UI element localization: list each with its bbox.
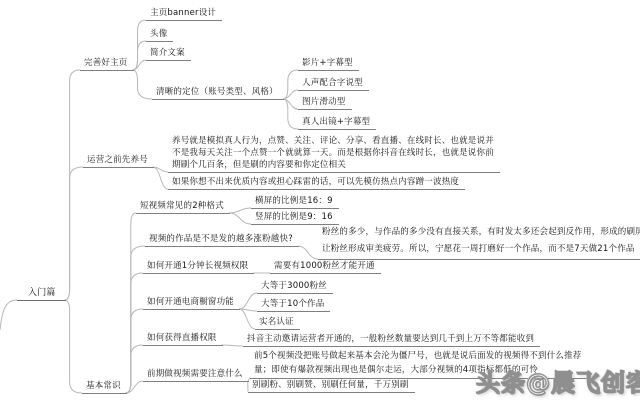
edge-root-b1 (65, 70, 80, 300)
edge-b1-bio (133, 60, 146, 70)
node-fmt1: 横屏的比例是16：9 (251, 195, 339, 209)
node-b1-label: 入门篇 (17, 287, 66, 301)
node-fmt2: 竖屏的比例是9：16 (251, 211, 339, 225)
node-type3: 图片滑动型 (298, 96, 352, 110)
node-more-posts: 视频的作品是不是发的越多涨粉越快? (145, 233, 299, 247)
edge-formats-fmt1 (229, 208, 251, 213)
node-avatar: 头像 (146, 28, 173, 42)
node-b1: 完善好主页 (80, 57, 134, 71)
node-long-video: 如何开通1分钟长视频权限 (143, 260, 254, 274)
node-shop: 如何开通电商橱窗功能 (143, 296, 240, 310)
node-type4: 真人出镜+字幕型 (298, 116, 376, 130)
node-notes: 前期做视频需要注意什么 (143, 368, 249, 382)
edge-b2-imitate (153, 167, 168, 189)
edge-b3-shop (126, 309, 143, 393)
nurture-line-3: 期刷个几百条，但是刷的内容要和你定位相关 (172, 159, 494, 171)
node-b2: 运营之前先养号 (83, 154, 154, 168)
nurture-line-1: 养号就是模拟真人行为，点赞、关注、评论、分享、看直播、在线时长、也就是说并 (172, 135, 494, 147)
node-b3: 基本常识 (82, 380, 127, 394)
node-nurture: 养号就是模拟真人行为，点赞、关注、评论、分享、看直播、在线时长、也就是说并 不是… (168, 135, 500, 173)
nurture-line-2: 不是我每天关注一个点赞一个就就算一天。而是根据你抖音在线时长，也就是说你前 (172, 147, 494, 159)
node-nofake: 别刷粉、别刷赞、别刷任何量，千万别刷 (248, 379, 415, 393)
node-imitate: 如果你想不出来优质内容或担心踩雷的话，可以先模仿热点内容蹭一波热度 (168, 176, 465, 190)
edge-b3-live (126, 345, 143, 393)
node-live: 如何获得直播权限 (143, 332, 223, 346)
edge-b3-longvideo (126, 273, 143, 393)
watermark-text: 头条@晨飞创客笔记 (476, 363, 640, 398)
edge-b1-positioning (133, 70, 152, 99)
edge-moreposts-text (298, 246, 318, 259)
node-bio: 简介文案 (146, 47, 191, 61)
node-type2: 人声配合字说型 (298, 77, 369, 91)
edge-formats-fmt2 (229, 213, 251, 224)
node-posts-text: 粉丝的多少，与作品的多少没有直接关系，有时发太多还会起到反作用，形成的刷屏 让粉… (318, 224, 640, 260)
edge-shop-s3 (239, 309, 255, 329)
edge-shop-s1 (239, 293, 257, 309)
mindmap-canvas: 入门篇 完善好主页 主页banner设计 头像 简介文案 清晰的定位（账号类型、… (0, 0, 640, 400)
root-label: 入门篇 (28, 288, 56, 298)
edge-b3-notes (126, 381, 143, 393)
edge-parent-root (0, 300, 17, 330)
node-lv-child: 需要有1000粉丝才能开通 (270, 260, 381, 274)
node-type1: 影片+字幕型 (298, 57, 359, 71)
edge-positioning-type3 (283, 99, 298, 109)
edge-root-b3 (65, 300, 82, 393)
node-positioning: 清晰的定位（账号类型、风格） (152, 86, 284, 100)
posts-text-line-2: 让粉丝形成审美疲劳。所以，宁愿花一周打磨好一个作品，而不是7天做21个作品 (322, 241, 640, 258)
node-shop1: 大等于3000粉丝 (257, 280, 333, 294)
node-live-child: 抖音主动邀请运营者开通的，一般粉丝数量要达到几千到上万不等都能收到 (243, 333, 540, 347)
node-banner: 主页banner设计 (146, 7, 222, 21)
edge-live-child (222, 345, 243, 346)
node-shop2: 大等于10个作品 (257, 298, 330, 312)
edge-root-b2 (65, 167, 83, 300)
warning-line-1: 前5个视频没把账号做起来基本会沦为僵尸号，也就是说后面发的视频得不到什么推荐 (254, 349, 582, 363)
node-shop3: 实名认证 (255, 316, 300, 330)
node-formats: 短视频常见的2种格式 (136, 200, 230, 214)
posts-text-line-1: 粉丝的多少，与作品的多少没有直接关系，有时发太多还会起到反作用，形成的刷屏 (322, 224, 640, 241)
